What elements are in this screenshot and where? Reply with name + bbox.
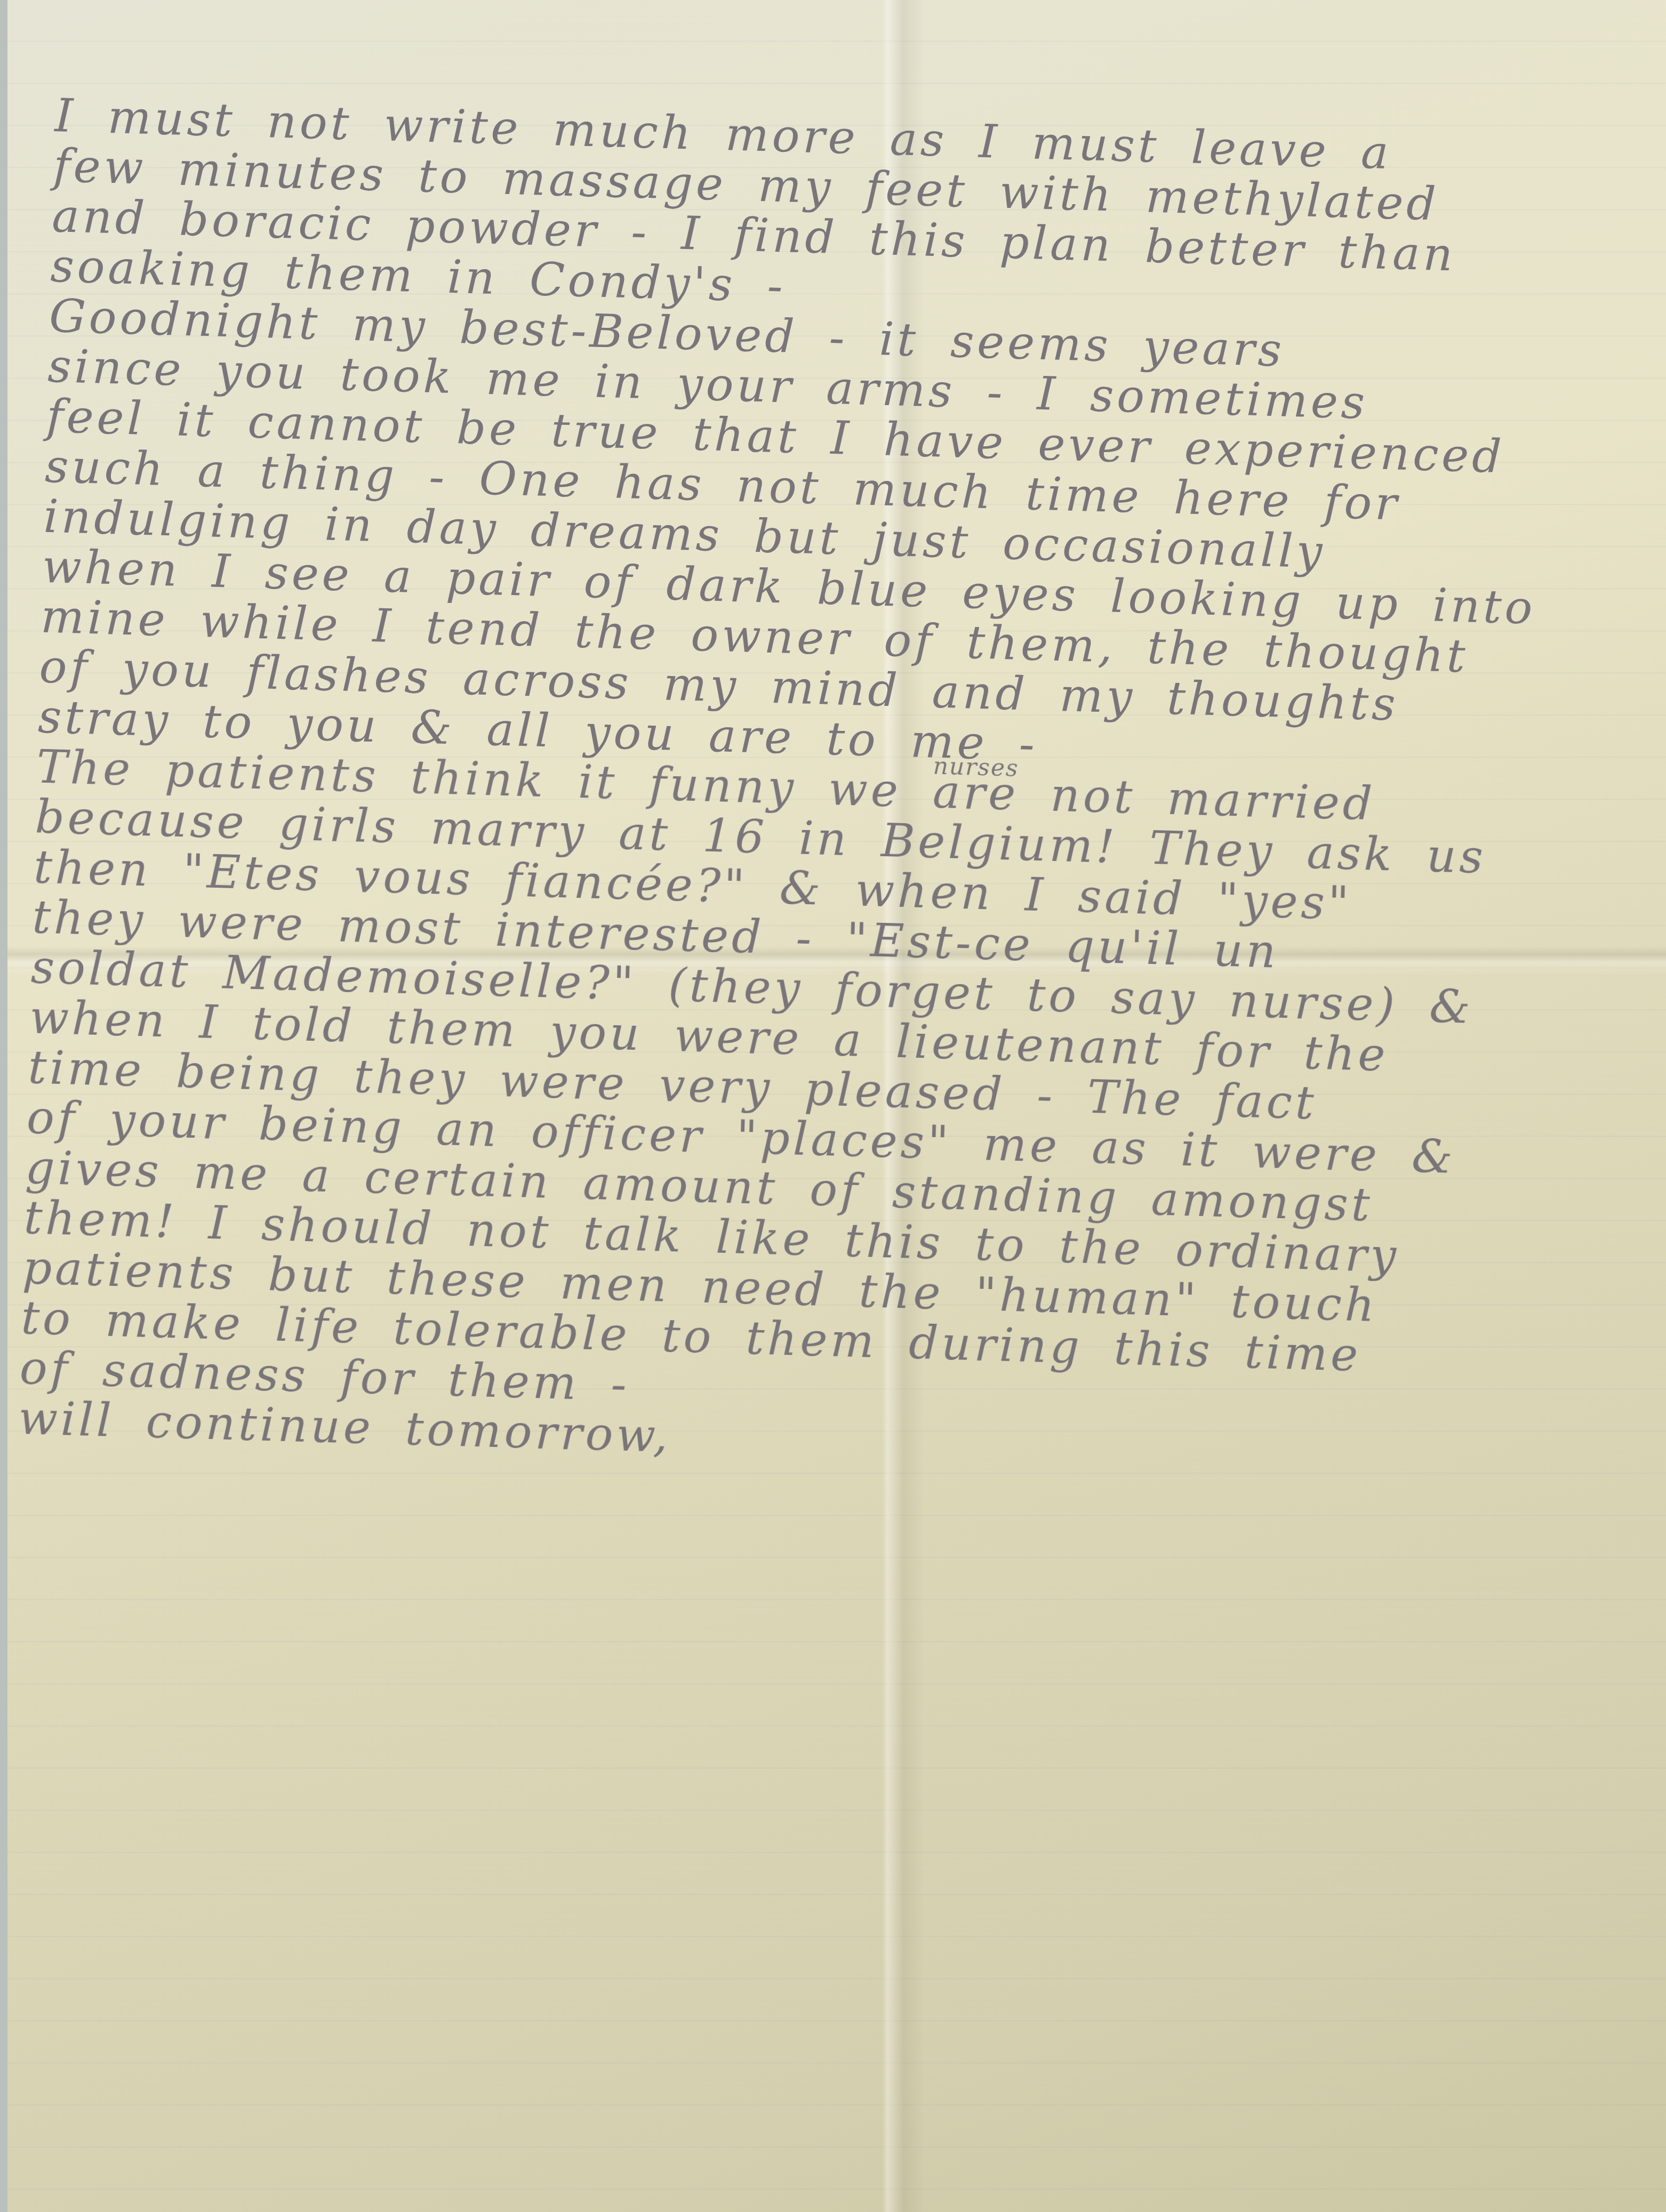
handwritten-text: I must not write much more as I must lea… <box>18 91 1655 1488</box>
inserted-word: nurses <box>932 741 1019 793</box>
letter-page: I must not write much more as I must lea… <box>7 0 1666 2212</box>
